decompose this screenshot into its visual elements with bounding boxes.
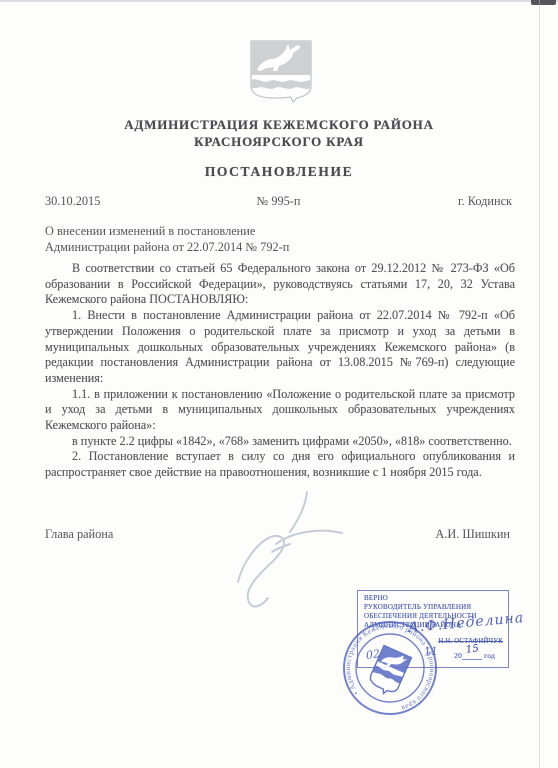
signer-title: Глава района [45,527,113,542]
paragraph-item-1-1: 1.1. в приложении к постановлению «Полож… [45,387,515,434]
signature-autograph [210,486,360,614]
document-type-title: ПОСТАНОВЛЕНИЕ [0,164,558,180]
scan-corner-mark [531,0,556,5]
org-name: АДМИНИСТРАЦИЯ КЕЖЕМСКОГО РАЙОНА КРАСНОЯР… [0,116,558,150]
signer-name: А.И. Шишкин [435,527,510,542]
document-date: 30.10.2015 [45,194,201,209]
handwritten-day: 02 [365,647,381,662]
handwritten-year: 15 [466,644,480,655]
paragraph-item-2: 2. Постановление вступает в силу со дня … [45,449,515,480]
stamp-year-blank: 15 [462,651,482,660]
document-body: В соответствии со статьей 65 Федеральног… [45,261,515,481]
document-meta-row: 30.10.2015 № 995-п г. Кодинск [45,194,512,209]
scan-edge-line [0,0,558,2]
stamp-title-line1: РУКОВОДИТЕЛЬ УПРАВЛЕНИЯ [364,603,503,612]
handwritten-month: 11 [423,644,438,658]
stamp-verno-label: ВЕРНО [364,594,503,603]
paragraph-amendment: в пункте 2.2 цифры «1842», «768» заменит… [45,434,515,450]
org-name-line1: АДМИНИСТРАЦИЯ КЕЖЕМСКОГО РАЙОНА [0,116,558,133]
org-name-line2: КРАСНОЯРСКОГО КРАЯ [0,133,558,150]
paragraph-item-1: 1. Внести в постановление Администрации … [45,308,515,387]
coat-of-arms-icon [247,38,315,104]
paragraph-preamble: В соответствии со статьей 65 Федеральног… [45,261,515,308]
document-number: № 995-п [201,194,357,209]
subject-line1: О внесении изменений в постановление [45,224,465,240]
scanned-document-page: АДМИНИСТРАЦИЯ КЕЖЕМСКОГО РАЙОНА КРАСНОЯР… [0,0,558,768]
subject-line2: Администрации района от 22.07.2014 № 792… [45,240,465,256]
document-subject: О внесении изменений в постановление Адм… [45,224,465,255]
stamp-year-prefix: 20 [454,651,462,660]
stamp-year-suffix: год [484,651,495,660]
document-place: г. Кодинск [356,194,512,209]
